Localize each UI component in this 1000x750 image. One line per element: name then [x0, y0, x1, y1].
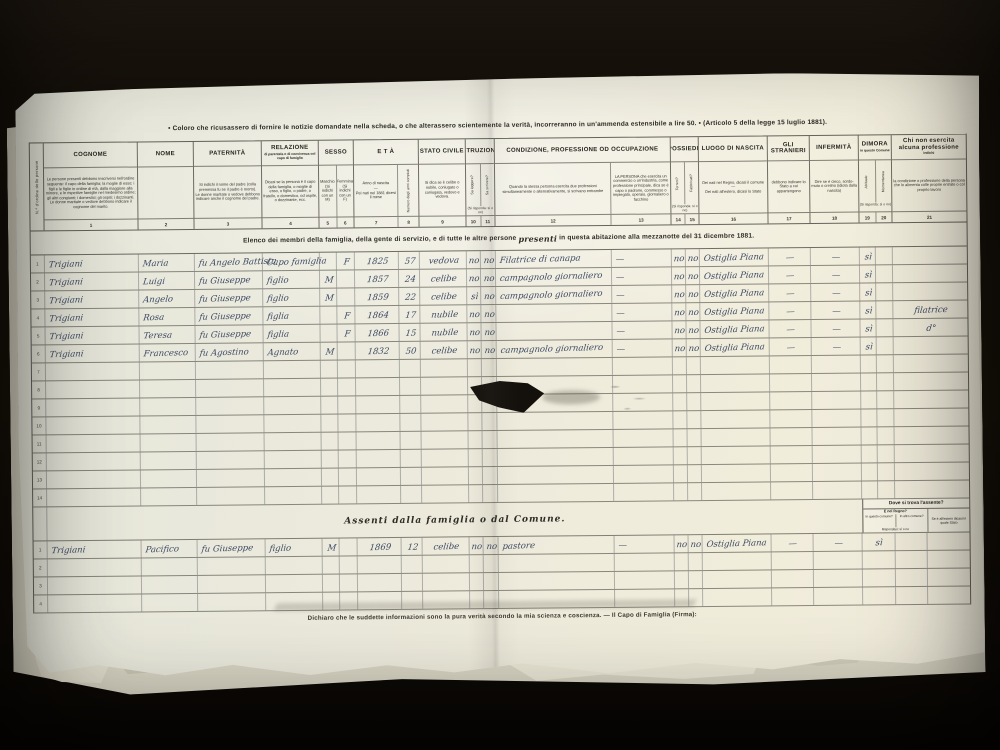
handwritten-entry: —: [786, 326, 796, 337]
cell-relazione: [266, 575, 323, 593]
cell-luogo-nascita: [701, 410, 770, 428]
cell-dimora-abituale: [862, 445, 878, 462]
column-number: 1: [44, 219, 137, 230]
cell-nome: [142, 558, 198, 576]
handwritten-entry: 1859: [366, 294, 389, 306]
census-form-sheet: • Coloro che ricusassero di fornire le n…: [15, 71, 985, 682]
cell-order: 5: [32, 327, 46, 344]
handwritten-entry: Trigiani: [48, 314, 83, 326]
column-title: COGNOME: [44, 142, 137, 168]
column-number: 13: [611, 214, 671, 225]
cell-fabbricati: no: [686, 285, 700, 302]
cell-posizione-professionale: [615, 553, 675, 571]
cell-anno-nascita: [357, 432, 401, 449]
cell-anno-nascita: 1825: [355, 252, 399, 269]
cell-luogo-nascita: [702, 482, 771, 500]
handwritten-entry: no: [673, 255, 685, 266]
header-group: CONDIZIONE, PROFESSIONE OD OCCUPAZIONEQu…: [495, 137, 672, 226]
header-group: INFERMITÀDire se è cieco, sordo-muto o c…: [810, 136, 860, 223]
cell-infermita: [813, 482, 862, 499]
handwritten-entry: Angelo: [142, 295, 173, 307]
cell-relazione: figlio: [263, 271, 320, 289]
cell-cognome: Trigiani: [45, 308, 139, 326]
cell-cognome: Trigiani: [45, 290, 139, 308]
handwritten-entry: sì: [864, 307, 872, 318]
column-description: Numero degli anni compiuti: [397, 165, 418, 216]
column-number: 6: [336, 217, 354, 227]
cell-sesso-m: [321, 379, 338, 396]
handwritten-entry: nubile: [430, 311, 458, 323]
cell-condizione-professione: [499, 554, 615, 572]
handwritten-entry: sì: [864, 253, 872, 264]
handwritten-entry: Luigi: [142, 278, 165, 290]
cell-posizione-professionale: —: [612, 285, 672, 303]
cell-sesso-m: [321, 361, 338, 378]
column-number: 19: [859, 212, 875, 222]
cell-paternita: fu Giuseppe: [198, 539, 266, 557]
cell-posizione-professionale: [614, 465, 674, 483]
column-description: Dicasi se la persona è il capo della fam…: [262, 166, 318, 218]
cell-stato-civile: [422, 467, 469, 484]
cell-terreni: no: [672, 267, 686, 284]
cell-anno-nascita: [358, 556, 402, 573]
handwritten-entry: —: [615, 292, 625, 303]
cell-sesso-f: F: [337, 252, 355, 269]
cell-infermita: —: [811, 320, 860, 337]
cell-stranieri: —: [769, 248, 811, 265]
cell-anno-nascita: [356, 396, 400, 413]
column-description: Dei nati nel Regno, dicasi il comune — D…: [699, 161, 767, 213]
handwritten-entry: celibe: [433, 543, 460, 555]
cell-sa-scrivere: no: [484, 537, 499, 554]
cell-posizione-professionale: [613, 357, 673, 375]
handwritten-entry: Ostiglia Piana: [703, 307, 764, 320]
handwritten-entry: —: [615, 274, 625, 285]
cell-stato-civile: nubile: [420, 305, 467, 322]
cell-infermita: [814, 570, 863, 587]
cell-fabbricati: [687, 375, 701, 392]
cell-infermita: —: [811, 284, 860, 301]
handwritten-entry: M: [324, 294, 334, 305]
handwritten-entry: figlio: [266, 277, 289, 289]
cell-sesso-f: [338, 378, 356, 395]
cell-order: 4: [31, 309, 45, 326]
column-number: 16: [699, 213, 767, 224]
cell-anni-compiuti: [401, 450, 422, 467]
handwritten-entry: sì: [470, 293, 478, 304]
cell-relazione: [264, 415, 321, 433]
cell-anni-compiuti: 50: [400, 342, 421, 359]
handwritten-entry: 1832: [366, 348, 389, 360]
cell-luogo-nascita: [701, 356, 770, 374]
cell-chi-non-esercita: [895, 427, 969, 445]
cell-posizione-professionale: —: [613, 339, 673, 357]
cell-luogo-nascita: Ostiglia Piana: [703, 534, 772, 552]
cell-terreni: [674, 429, 688, 446]
cell-paternita: fu Giuseppe: [195, 325, 263, 343]
cell-paternita: [197, 433, 265, 451]
cell-luogo-nascita: Ostiglia Piana: [700, 302, 769, 320]
cell-anno-nascita: [357, 450, 401, 467]
cell-dimora-momentanea: [876, 283, 893, 300]
handwritten-entry: M: [326, 544, 336, 555]
column-number: 2: [138, 219, 193, 230]
cell-infermita: —: [812, 338, 861, 355]
cell-condizione-professione: pastore: [499, 536, 615, 554]
cell-infermita: [812, 392, 861, 409]
column-description: Le persone presenti debbono inscriversi …: [44, 167, 137, 219]
handwritten-entry: 22: [404, 294, 416, 305]
cell-sesso-m: M: [321, 343, 338, 360]
cell-sesso-m: M: [323, 539, 340, 556]
column-description: Dire se è cieco, sordo-muto o cretino (i…: [810, 161, 858, 212]
header-group: NOME2: [138, 142, 195, 230]
handwritten-entry: no: [687, 273, 699, 284]
cell-cognome: [46, 416, 140, 434]
cell-sa-leggere: [468, 413, 482, 430]
absent-box-regno: È nel Regno? In questo comune? In altro …: [863, 509, 928, 533]
cell-nome: [142, 576, 198, 594]
cell-paternita: fu Giuseppe: [195, 307, 263, 325]
cell-condizione-professione: campagnolo giornaliero: [497, 340, 613, 358]
cell-chi-non-esercita: [894, 391, 968, 409]
handwritten-entry: fu Agostino: [199, 348, 249, 361]
handwritten-entry: Trigiani: [48, 278, 83, 290]
cell-stato-civile: [421, 377, 468, 394]
cell-dimora-momentanea: [877, 391, 894, 408]
handwritten-entry: no: [687, 291, 699, 302]
column-description: debbono indicare lo Stato a cui apparten…: [768, 161, 809, 212]
cell-nome: [142, 594, 198, 612]
cell-sa-leggere: no: [468, 341, 482, 358]
handwritten-entry: —: [831, 308, 841, 319]
handwritten-entry: —: [615, 310, 625, 321]
handwritten-entry: no: [483, 257, 495, 268]
cell-sa-leggere: no: [467, 305, 481, 322]
cell-sa-scrivere: no: [481, 305, 496, 322]
cell-condizione-professione: [498, 430, 614, 448]
cell-chi-non-esercita: d°: [893, 319, 967, 337]
cell-luogo-nascita: [703, 552, 772, 570]
cell-sesso-m: [320, 253, 337, 270]
cell-anno-nascita: [357, 486, 401, 503]
cell-cognome: [46, 398, 140, 416]
cell-relazione: Agnato: [264, 343, 321, 361]
penalty-notice: • Coloro che ricusassero di fornire le n…: [16, 117, 980, 133]
column-description: LA PERSONA che esercita un commercio o u…: [610, 162, 670, 214]
cell-anni-compiuti: [401, 468, 422, 485]
cell-chi-non-esercita: filatrice: [893, 301, 967, 319]
cell-fabbricati: [687, 357, 701, 374]
cell-condizione-professione: [496, 304, 612, 322]
column-title: Chi non esercita alcuna professioneindic…: [892, 135, 966, 161]
handwritten-entry: no: [468, 257, 480, 268]
handwritten-entry: no: [469, 311, 481, 322]
handwritten-entry: F: [343, 330, 350, 341]
cell-terreni: no: [672, 285, 686, 302]
cell-dimora-momentanea: [878, 481, 895, 498]
cell-sesso-f: [338, 360, 356, 377]
handwritten-entry: campagnolo giornaliero: [499, 272, 603, 286]
cell-nome: [140, 362, 196, 380]
cell-chi-non-esercita: [893, 265, 967, 283]
cell-sa-scrivere: no: [481, 269, 496, 286]
column-number: 11: [480, 216, 495, 226]
cell-regno-altro-comune: [896, 569, 928, 586]
handwritten-entry: —: [615, 256, 625, 267]
cell-sesso-f: [337, 288, 355, 305]
cell-luogo-nascita: [703, 570, 772, 588]
cell-terreni: no: [672, 321, 686, 338]
handwritten-entry: —: [616, 328, 626, 339]
present-title-emphasis: presenti: [518, 233, 557, 243]
handwritten-entry: figlio: [269, 545, 292, 557]
cell-sesso-f: [340, 556, 358, 573]
cell-fabbricati: no: [689, 535, 703, 552]
cell-cognome: [46, 380, 140, 398]
cell-order: 6: [32, 345, 46, 362]
handwritten-entry: Ostiglia Piana: [704, 343, 765, 356]
column-number: 5: [319, 218, 336, 228]
cell-order: 3: [34, 577, 48, 594]
pencil-smudges: [603, 374, 663, 415]
cell-paternita: [196, 361, 264, 379]
cell-dimora-momentanea: [876, 265, 893, 282]
column-title: INFERMITÀ: [810, 136, 858, 161]
header-group: COGNOMELe persone presenti debbono inscr…: [44, 142, 139, 230]
cell-sa-scrivere: [483, 485, 498, 502]
cell-dimora-abituale: [861, 391, 877, 408]
cell-nome: Maria: [139, 254, 195, 272]
cell-sesso-f: [339, 432, 357, 449]
cell-fabbricati: no: [686, 267, 700, 284]
cell-anni-compiuti: 22: [399, 288, 420, 305]
cell-sa-scrivere: [482, 359, 497, 376]
cell-fabbricati: [689, 553, 703, 570]
cell-infermita: [814, 552, 863, 569]
handwritten-entry: M: [324, 276, 334, 287]
cell-sesso-m: [322, 433, 339, 450]
cell-terreni: [675, 571, 689, 588]
cell-stato-civile: [422, 485, 469, 502]
handwritten-entry: pastore: [502, 542, 536, 554]
cell-condizione-professione: [498, 448, 614, 466]
cell-anni-compiuti: [401, 486, 422, 503]
column-number: 14: [671, 214, 685, 224]
cell-sesso-f: [340, 538, 358, 555]
column-number: 7: [354, 217, 397, 227]
cell-terreni: [674, 447, 688, 464]
cell-dimora-momentanea: [877, 373, 894, 390]
cell-infermita: [814, 588, 863, 605]
cell-dimora-abituale: [861, 373, 877, 390]
cell-sesso-m: [322, 451, 339, 468]
column-number: 12: [495, 215, 610, 226]
handwritten-entry: fu Giuseppe: [198, 276, 251, 289]
order-column: [33, 507, 47, 540]
handwritten-entry: 15: [404, 330, 416, 341]
cell-dimora-abituale: sì: [860, 247, 876, 264]
cell-stato-civile: [421, 395, 468, 412]
cell-stranieri: [772, 570, 814, 587]
cell-order: 10: [32, 417, 46, 434]
cell-fabbricati: [688, 429, 702, 446]
cell-dimora-momentanea: [878, 463, 895, 480]
handwritten-entry: no: [688, 345, 700, 356]
cell-anno-nascita: 1866: [355, 324, 399, 341]
cell-stranieri: —: [772, 534, 814, 551]
cell-regno-questo-comune: [863, 569, 896, 586]
cell-nome: Rosa: [139, 308, 195, 326]
column-title: NOME: [138, 142, 193, 168]
cell-nome: [141, 452, 197, 470]
cell-nome: [141, 434, 197, 452]
handwritten-entry: no: [468, 275, 480, 286]
cell-cognome: [48, 594, 142, 612]
cell-chi-non-esercita: [894, 373, 968, 391]
cell-sesso-f: F: [337, 306, 355, 323]
cell-luogo-nascita: [702, 446, 771, 464]
cell-infermita: [813, 446, 862, 463]
cell-paternita: fu Agostino: [196, 343, 264, 361]
cell-sesso-f: [338, 396, 356, 413]
header-group: N.º d'ordine delle persone: [30, 143, 45, 230]
handwritten-entry: 1866: [366, 330, 389, 342]
cell-luogo-nascita: Ostiglia Piana: [700, 284, 769, 302]
cell-terreni: [674, 483, 688, 500]
handwritten-entry: no: [485, 543, 497, 554]
handwritten-entry: —: [831, 272, 841, 283]
cell-stato-civile: [421, 413, 468, 430]
cell-stranieri: [771, 464, 813, 481]
handwritten-entry: no: [674, 309, 686, 320]
cell-luogo-nascita: [702, 428, 771, 446]
cell-nome: Angelo: [139, 290, 195, 308]
cell-cognome: Trigiani: [45, 254, 139, 272]
cell-sesso-f: [339, 468, 357, 485]
handwritten-entry: 1857: [366, 276, 389, 288]
handwritten-entry: 17: [404, 312, 416, 323]
handwritten-entry: no: [673, 273, 685, 284]
handwritten-entry: 57: [404, 258, 416, 269]
cell-stranieri: [772, 588, 814, 605]
cell-chi-non-esercita: [894, 337, 968, 355]
cell-dimora-momentanea: [877, 409, 894, 426]
cell-relazione: figlio: [266, 539, 323, 557]
cell-condizione-professione: Filatrice di canapa: [496, 250, 612, 268]
cell-stranieri: —: [769, 284, 811, 301]
cell-sa-leggere: [469, 467, 483, 484]
header-group: SESSOMaschio (Si indichi con un M)Femmin…: [319, 140, 355, 227]
cell-stato-civile: celibe: [421, 341, 468, 358]
cell-sesso-m: [320, 307, 337, 324]
column-title: STATO CIVILE: [419, 139, 465, 164]
handwritten-entry: —: [788, 540, 798, 551]
cell-posizione-professionale: —: [612, 249, 672, 267]
cell-anni-compiuti: [400, 414, 421, 431]
cell-nome: [140, 416, 196, 434]
column-description: Terreni?: [671, 162, 685, 204]
cell-estero-stato: [928, 550, 970, 567]
cell-posizione-professionale: —: [612, 303, 672, 321]
cell-paternita: [198, 557, 266, 575]
cell-terreni: [673, 357, 687, 374]
cell-cognome: [47, 488, 141, 506]
cell-fabbricati: [688, 483, 702, 500]
cell-fabbricati: [688, 447, 702, 464]
cell-condizione-professione: [498, 466, 614, 484]
cell-anni-compiuti: [402, 556, 423, 573]
column-description: la condizione o professione della person…: [892, 160, 966, 212]
absent-box-estero: Se è all'estero dicasi in quale Stato: [928, 509, 969, 532]
cell-dimora-abituale: [862, 481, 878, 498]
handwritten-entry: no: [469, 329, 481, 340]
cell-dimora-abituale: sì: [860, 283, 876, 300]
cell-anni-compiuti: 15: [399, 324, 420, 341]
cell-fabbricati: [687, 393, 701, 410]
column-description: Anno di nascita — Pei nati nel 1881 dice…: [354, 165, 398, 216]
cell-sa-leggere: [469, 485, 483, 502]
handwritten-entry: 24: [404, 276, 416, 287]
cell-luogo-nascita: [703, 588, 772, 606]
header-group: Chi non esercita alcuna professioneindic…: [892, 135, 967, 223]
handwritten-entry: —: [831, 326, 841, 337]
header-group: PATERNITÀSi indichi il nome del padre (c…: [194, 141, 263, 229]
cell-estero-stato: [928, 533, 970, 550]
column-title: ISTRUZIONE: [466, 139, 494, 164]
column-number: 17: [768, 213, 809, 223]
cell-condizione-professione: [497, 412, 613, 430]
cell-dimora-abituale: sì: [860, 319, 876, 336]
handwritten-entry: Ostiglia Piana: [703, 253, 764, 266]
cell-order: 3: [31, 291, 45, 308]
column-description: Si indichi il nome del padre (colla prem…: [194, 166, 261, 218]
cell-cognome: Trigiani: [45, 272, 139, 290]
cell-sesso-m: M: [320, 289, 337, 306]
handwritten-entry: —: [616, 346, 626, 357]
column-title: PATERNITÀ: [194, 141, 261, 167]
handwritten-entry: 1869: [368, 544, 391, 556]
handwritten-entry: 50: [404, 348, 416, 359]
cell-anno-nascita: [357, 468, 401, 485]
cell-anni-compiuti: [400, 378, 421, 395]
handwritten-entry: no: [483, 293, 495, 304]
cell-stranieri: [770, 356, 812, 373]
cell-anni-compiuti: 17: [399, 306, 420, 323]
cell-chi-non-esercita: [894, 409, 968, 427]
column-number: 8: [398, 217, 419, 227]
handwritten-entry: figlia: [266, 313, 289, 325]
cell-fabbricati: [689, 571, 703, 588]
handwritten-entry: 1864: [366, 312, 389, 324]
cell-regno-altro-comune: [896, 551, 928, 568]
cell-sa-leggere: [468, 359, 482, 376]
column-number: 3: [194, 218, 261, 229]
handwritten-entry: filatrice: [914, 306, 949, 318]
cell-stranieri: [771, 446, 813, 463]
cell-cognome: Trigiani: [48, 540, 142, 558]
column-description: Sa leggere?: [466, 164, 480, 206]
cell-stato-civile: nubile: [420, 323, 467, 340]
handwritten-entry: figlia: [267, 331, 290, 343]
cell-sesso-f: [339, 486, 357, 503]
cell-sesso-m: [322, 469, 339, 486]
handwritten-entry: campagnolo giornaliero: [499, 290, 603, 304]
cell-anni-compiuti: [401, 432, 422, 449]
cell-order: 9: [32, 399, 46, 416]
handwritten-entry: —: [786, 308, 796, 319]
column-title: CONDIZIONE, PROFESSIONE OD OCCUPAZIONE: [495, 137, 670, 164]
